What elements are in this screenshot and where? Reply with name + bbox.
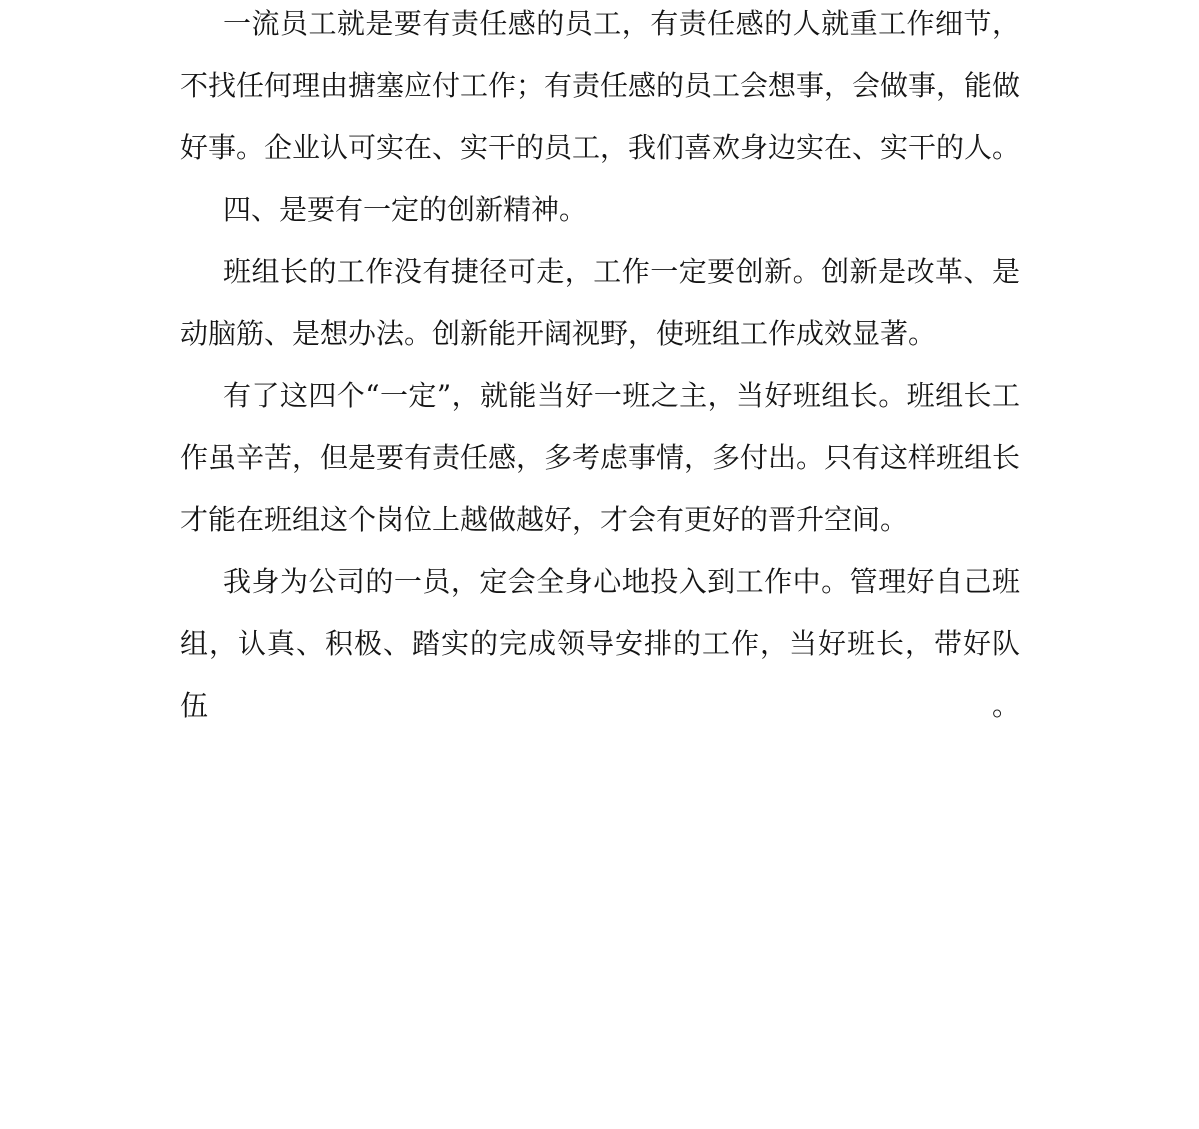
- document-line: 动脑筋、是想办法。创新能开阔视野，使班组工作成效显著。: [180, 303, 1020, 365]
- document-line: 不找任何理由搪塞应付工作；有责任感的员工会想事，会做事，能做: [180, 55, 1020, 117]
- document-line: 我身为公司的一员，定会全身心地投入到工作中。管理好自己班: [180, 551, 1020, 613]
- document-text-block: 一流员工就是要有责任感的员工，有责任感的人就重工作细节， 不找任何理由搪塞应付工…: [180, 0, 1020, 675]
- document-line: 好事。企业认可实在、实干的员工，我们喜欢身边实在、实干的人。: [180, 117, 1020, 179]
- document-line: 一流员工就是要有责任感的员工，有责任感的人就重工作细节，: [180, 0, 1020, 55]
- document-line: 组，认真、积极、踏实的完成领导安排的工作，当好班长，带好队伍。: [180, 613, 1020, 675]
- document-page: 一流员工就是要有责任感的员工，有责任感的人就重工作细节， 不找任何理由搪塞应付工…: [0, 0, 1199, 1129]
- document-line: 才能在班组这个岗位上越做越好，才会有更好的晋升空间。: [180, 489, 1020, 551]
- document-line: 作虽辛苦，但是要有责任感，多考虑事情，多付出。只有这样班组长: [180, 427, 1020, 489]
- document-line: 班组长的工作没有捷径可走，工作一定要创新。创新是改革、是: [180, 241, 1020, 303]
- document-line: 有了这四个“一定”，就能当好一班之主，当好班组长。班组长工: [180, 365, 1020, 427]
- document-heading-line: 四、是要有一定的创新精神。: [180, 179, 1020, 241]
